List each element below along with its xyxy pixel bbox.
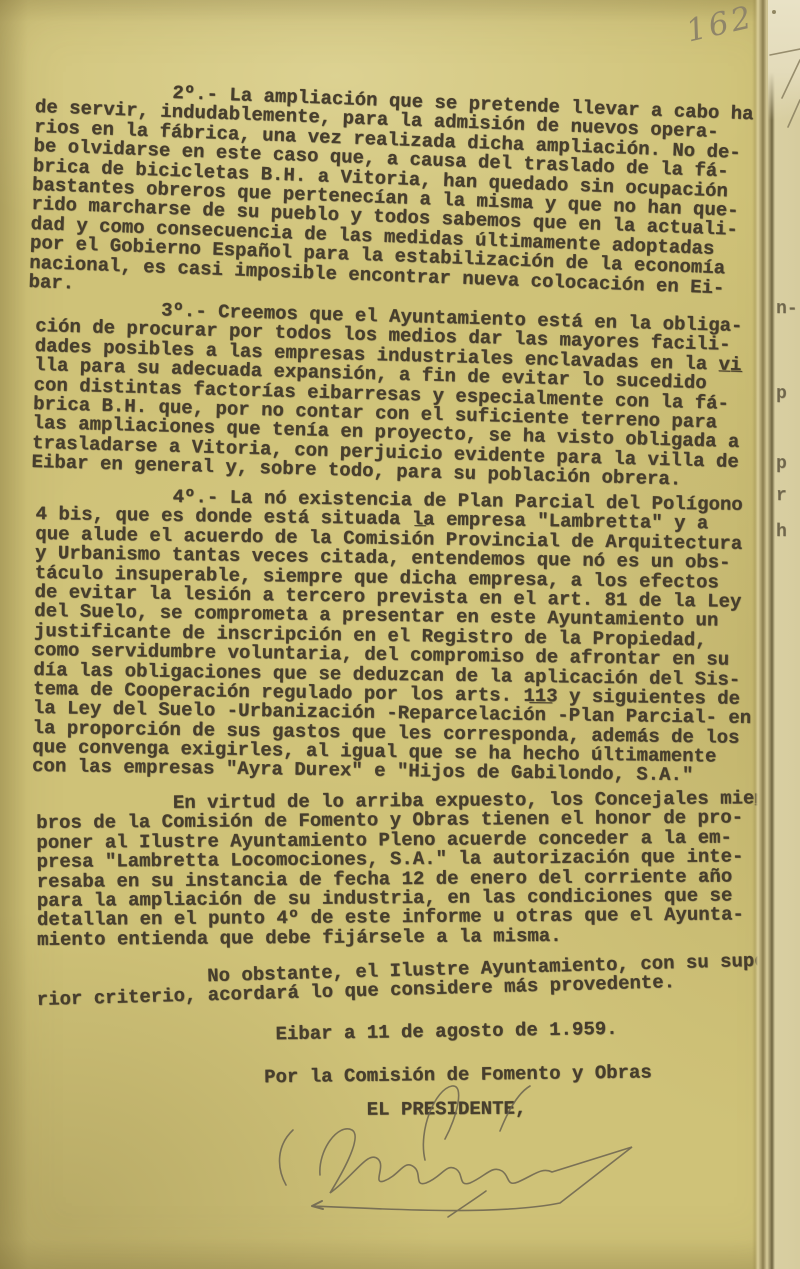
paragraph-4: 4º.- La nó existencia de Plan Parcial de… xyxy=(32,486,798,787)
adjacent-page-text-fragment: r xyxy=(776,487,787,505)
date-line: Eibar a 11 de agosto de 1.959. xyxy=(36,1017,798,1048)
signature xyxy=(260,1075,660,1235)
paragraph-3: 3º.- Creemos que el Ayuntamiento está en… xyxy=(31,298,797,493)
adjacent-page-text-fragment: n- xyxy=(776,300,798,318)
adjacent-page-edge: n- p p r h xyxy=(752,0,800,1269)
adjacent-page-text-fragment: p xyxy=(776,385,787,403)
paragraph-6: No obstante, el Ilustre Ayuntamiento, co… xyxy=(36,951,799,1011)
paragraph-5: En virtud de lo arriba expuesto, los Con… xyxy=(36,789,799,950)
typed-line: miento entienda que debe fijársele a la … xyxy=(37,925,799,950)
pencil-marks xyxy=(752,0,800,160)
adjacent-page-text-fragment: h xyxy=(776,523,787,541)
paragraph-2: 2º.- La ampliación que se pretende lleva… xyxy=(28,79,797,320)
scanned-document-page: 162 2º.- La ampliación que se pretende l… xyxy=(0,0,800,1269)
typed-line: Eibar a 11 de agosto de 1.959. xyxy=(36,1017,798,1048)
adjacent-page-text-fragment: p xyxy=(776,455,787,473)
